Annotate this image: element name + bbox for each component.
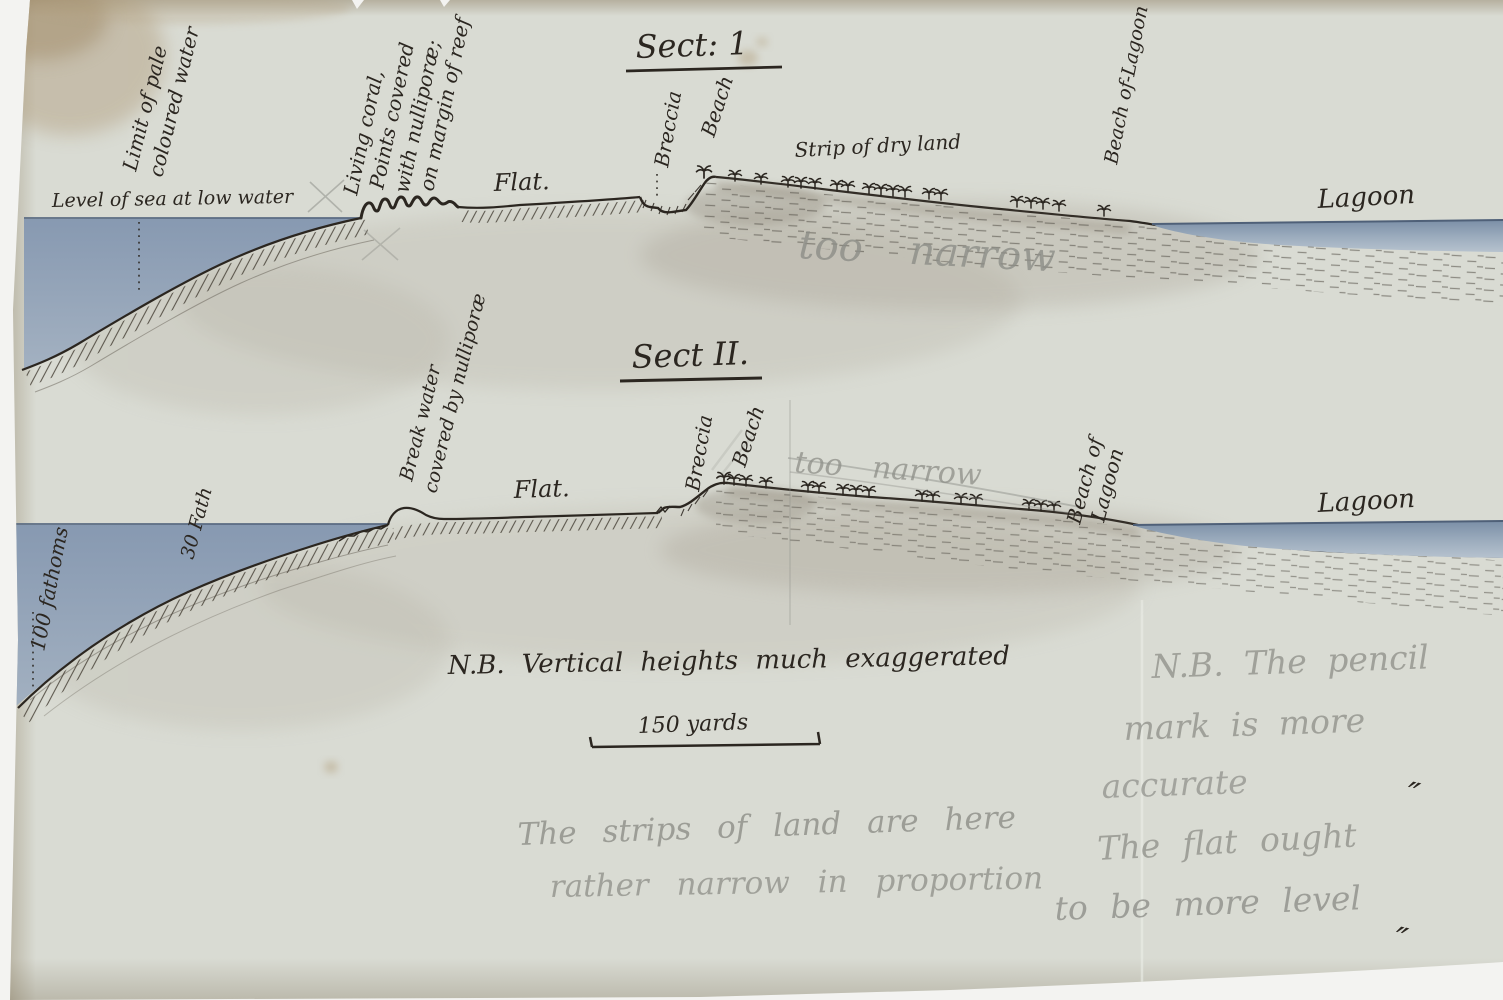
sect1-title: Sect: 1 — [635, 24, 749, 66]
scale-bar-label: 150 yards — [637, 710, 748, 739]
sect2-lagoon-label: Lagoon — [1316, 484, 1416, 519]
sea-level-label: Level of sea at low water — [51, 186, 295, 212]
sect1-flat-label: Flat. — [492, 167, 550, 197]
sect1-lagoon-label: Lagoon — [1316, 180, 1416, 215]
scanned-sketch-page: Sect: 1 Limit of pale coloured water Lev… — [0, 0, 1503, 1000]
sect2-flat-label: Flat. — [512, 474, 570, 504]
right-pencil-line3: accurate — [1101, 762, 1248, 806]
coral-section-drawing: Sect: 1 Limit of pale coloured water Lev… — [0, 0, 1503, 1000]
sect2-title: Sect II. — [631, 334, 750, 376]
